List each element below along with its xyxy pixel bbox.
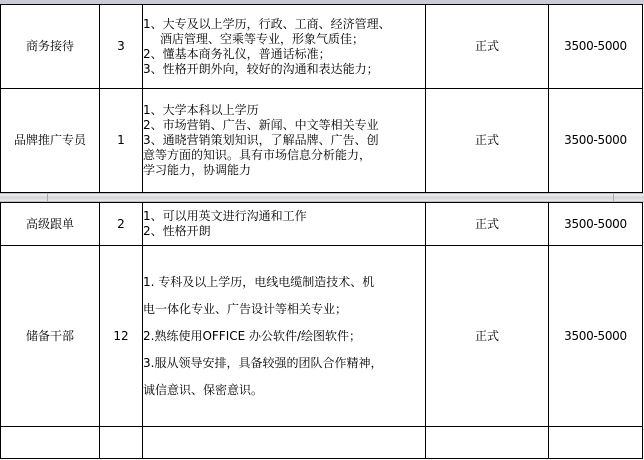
requirement-line: 3.服从领导安排，具备较强的团队合作精神， xyxy=(143,356,425,371)
table-row: 高级跟单 2 1、可以用英文进行沟通和工作 2、性格开朗 正式 3500-500… xyxy=(1,203,643,246)
position-cell: 储备干部 xyxy=(1,246,100,427)
job-table-page-1: 商务接待 3 1、大专及以上学历，行政、工商、经济管理、 酒店管理、空乘等专业，… xyxy=(0,4,643,193)
table-row: 品牌推广专员 1 1、大学本科以上学历 2、市场营销、广告、新闻、中文等相关专业… xyxy=(1,89,643,193)
salary-cell: 3500-5000 xyxy=(549,5,643,89)
requirements-cell: 1、大专及以上学历，行政、工商、经济管理、 酒店管理、空乘等专业，形象气质佳； … xyxy=(143,5,426,89)
margin-marker xyxy=(613,194,614,201)
table-row-empty xyxy=(1,427,643,459)
requirement-line: 3、通晓营销策划知识，了解品牌、广告、创 xyxy=(143,133,425,148)
salary-cell: 3500-5000 xyxy=(549,246,643,427)
requirements-cell: 1. 专科及以上学历，电线电缆制造技术、机 电一体化专业、广告设计等相关专业； … xyxy=(143,246,426,427)
requirements-cell: 1、大学本科以上学历 2、市场营销、广告、新闻、中文等相关专业 3、通晓营销策划… xyxy=(143,89,426,193)
requirement-line: 1. 专科及以上学历，电线电缆制造技术、机 xyxy=(143,275,425,290)
job-table-page-2: 高级跟单 2 1、可以用英文进行沟通和工作 2、性格开朗 正式 3500-500… xyxy=(0,202,643,459)
page-break-separator xyxy=(0,193,644,202)
position-cell: 高级跟单 xyxy=(1,203,100,246)
headcount-cell: 12 xyxy=(100,246,143,427)
employment-type-cell: 正式 xyxy=(426,5,549,89)
headcount-cell xyxy=(100,427,143,459)
requirement-line: 2、市场营销、广告、新闻、中文等相关专业 xyxy=(143,118,425,133)
requirements-cell xyxy=(143,427,426,459)
requirement-line: 电一体化专业、广告设计等相关专业； xyxy=(143,302,425,317)
employment-type-cell: 正式 xyxy=(426,203,549,246)
requirement-line: 诚信意识、保密意识。 xyxy=(143,383,425,398)
position-cell xyxy=(1,427,100,459)
headcount-cell: 3 xyxy=(100,5,143,89)
margin-marker xyxy=(47,194,48,201)
employment-type-cell xyxy=(426,427,549,459)
requirements-cell: 1、可以用英文进行沟通和工作 2、性格开朗 xyxy=(143,203,426,246)
headcount-cell: 1 xyxy=(100,89,143,193)
requirement-line: 2.熟练使用OFFICE 办公软件/绘图软件； xyxy=(143,329,425,344)
requirement-line: 2、懂基本商务礼仪，普通话标准； xyxy=(143,47,425,62)
salary-cell xyxy=(549,427,643,459)
requirement-line: 1、大学本科以上学历 xyxy=(143,103,425,118)
employment-type-cell: 正式 xyxy=(426,89,549,193)
employment-type-cell: 正式 xyxy=(426,246,549,427)
table-row: 储备干部 12 1. 专科及以上学历，电线电缆制造技术、机 电一体化专业、广告设… xyxy=(1,246,643,427)
requirement-line: 意等方面的知识。具有市场信息分析能力， xyxy=(143,148,425,163)
headcount-cell: 2 xyxy=(100,203,143,246)
requirement-line: 1、大专及以上学历，行政、工商、经济管理、 xyxy=(143,17,425,32)
requirement-line: 酒店管理、空乘等专业，形象气质佳； xyxy=(143,32,425,47)
requirement-line: 2、性格开朗 xyxy=(143,224,425,239)
salary-cell: 3500-5000 xyxy=(549,89,643,193)
position-cell: 品牌推广专员 xyxy=(1,89,100,193)
requirement-line: 3、性格开朗外向，较好的沟通和表达能力； xyxy=(143,62,425,77)
position-cell: 商务接待 xyxy=(1,5,100,89)
table-row: 商务接待 3 1、大专及以上学历，行政、工商、经济管理、 酒店管理、空乘等专业，… xyxy=(1,5,643,89)
requirement-line: 学习能力，协调能力 xyxy=(143,163,425,178)
requirement-line: 1、可以用英文进行沟通和工作 xyxy=(143,209,425,224)
salary-cell: 3500-5000 xyxy=(549,203,643,246)
